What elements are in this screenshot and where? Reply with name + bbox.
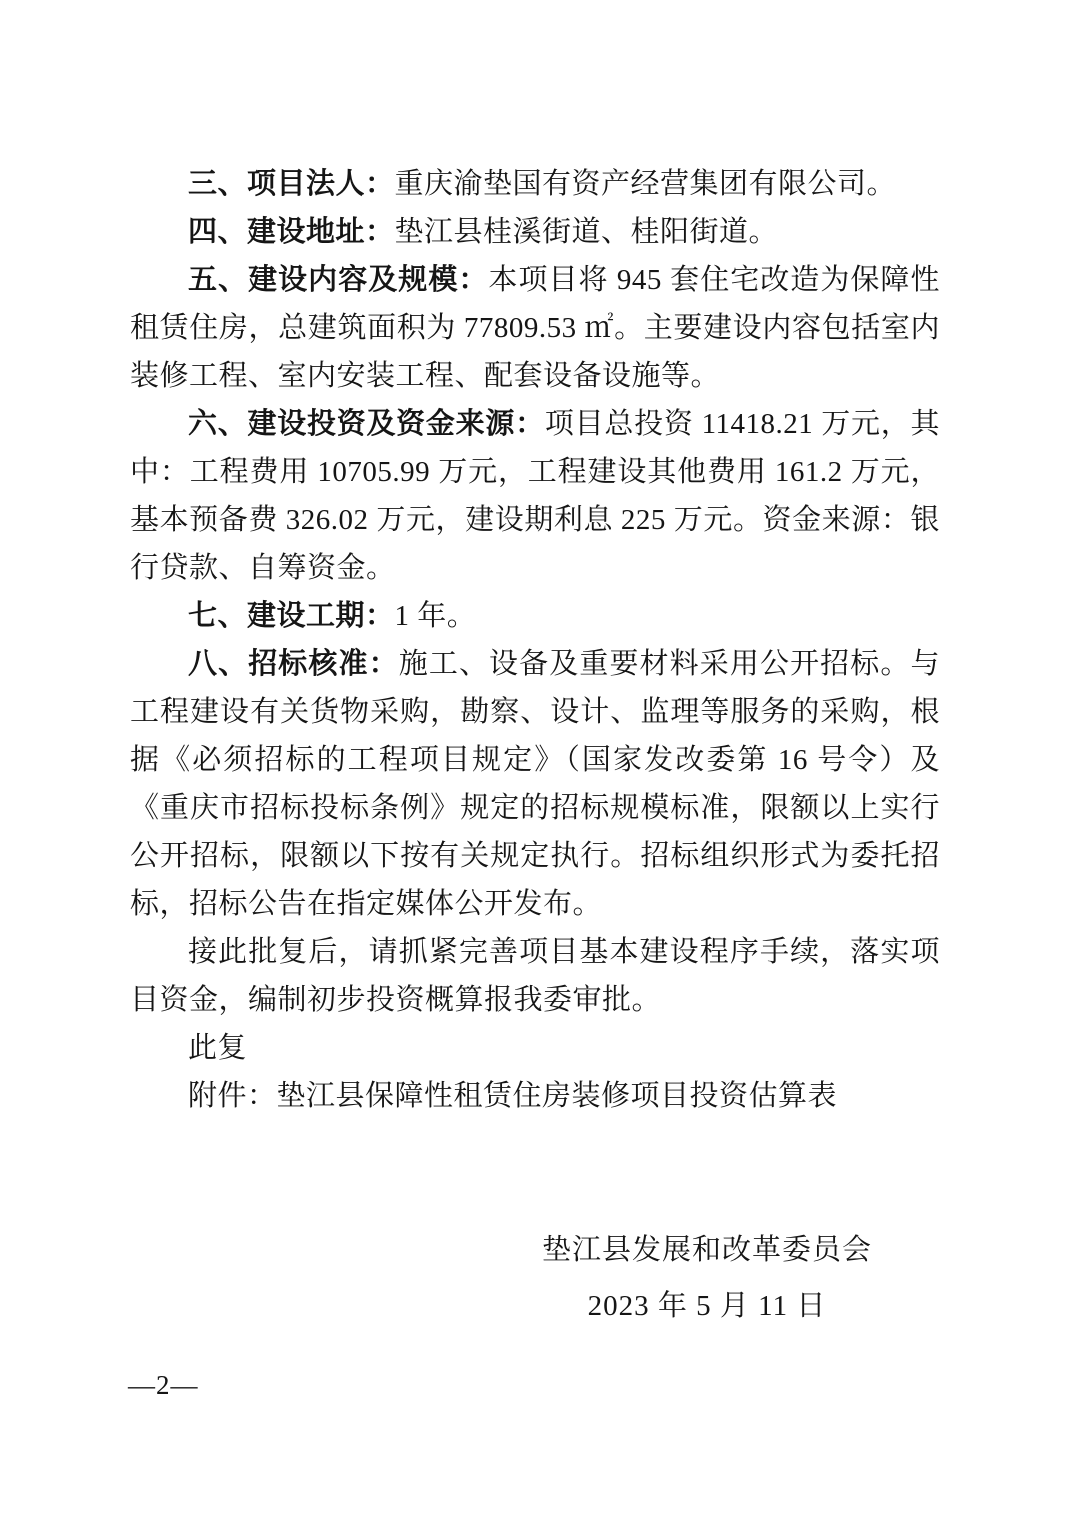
paragraph-text: 垫江县桂溪街道、桂阳街道。 [395, 216, 779, 248]
paragraph-heading: 四、建设地址： [188, 216, 395, 248]
paragraph-heading: 七、建设工期： [188, 600, 395, 632]
paragraph-text: 施工、设备及重要材料采用公开招标。与工程建设有关货物采购，勘察、设计、监理等服务… [130, 648, 940, 920]
paragraph-text: 1 年。 [395, 600, 477, 632]
paragraph-heading: 三、项目法人： [188, 168, 395, 200]
paragraph-heading: 八、招标核准： [188, 648, 399, 680]
document-body: 三、项目法人：重庆渝垫国有资产经营集团有限公司。 四、建设地址：垫江县桂溪街道、… [130, 160, 940, 1334]
document-page: 三、项目法人：重庆渝垫国有资产经营集团有限公司。 四、建设地址：垫江县桂溪街道、… [0, 0, 1074, 1520]
page-number: —2— [128, 1370, 199, 1401]
paragraph-construction-address: 四、建设地址：垫江县桂溪街道、桂阳街道。 [130, 208, 940, 256]
closing-phrase: 此复 [130, 1024, 940, 1072]
paragraph-bidding-approval: 八、招标核准：施工、设备及重要材料采用公开招标。与工程建设有关货物采购，勘察、设… [130, 640, 940, 928]
paragraph-heading: 五、建设内容及规模： [188, 264, 488, 296]
paragraph-heading: 六、建设投资及资金来源： [188, 408, 545, 440]
signature-date: 2023 年 5 月 11 日 [542, 1278, 872, 1334]
paragraph-project-legal-person: 三、项目法人：重庆渝垫国有资产经营集团有限公司。 [130, 160, 940, 208]
paragraph-closing-instruction: 接此批复后，请抓紧完善项目基本建设程序手续，落实项目资金，编制初步投资概算报我委… [130, 928, 940, 1024]
signature-block: 垫江县发展和改革委员会 2023 年 5 月 11 日 [130, 1222, 940, 1334]
paragraph-text: 接此批复后，请抓紧完善项目基本建设程序手续，落实项目资金，编制初步投资概算报我委… [130, 936, 940, 1016]
signature-agency: 垫江县发展和改革委员会 [542, 1222, 872, 1278]
paragraph-construction-content-scale: 五、建设内容及规模：本项目将 945 套住宅改造为保障性租赁住房，总建筑面积为 … [130, 256, 940, 400]
signature-inner: 垫江县发展和改革委员会 2023 年 5 月 11 日 [542, 1222, 872, 1334]
attachment-note: 附件：垫江县保障性租赁住房装修项目投资估算表 [130, 1072, 940, 1120]
paragraph-text: 重庆渝垫国有资产经营集团有限公司。 [395, 168, 897, 200]
paragraph-construction-period: 七、建设工期：1 年。 [130, 592, 940, 640]
paragraph-investment-funding: 六、建设投资及资金来源：项目总投资 11418.21 万元，其中：工程费用 10… [130, 400, 940, 592]
